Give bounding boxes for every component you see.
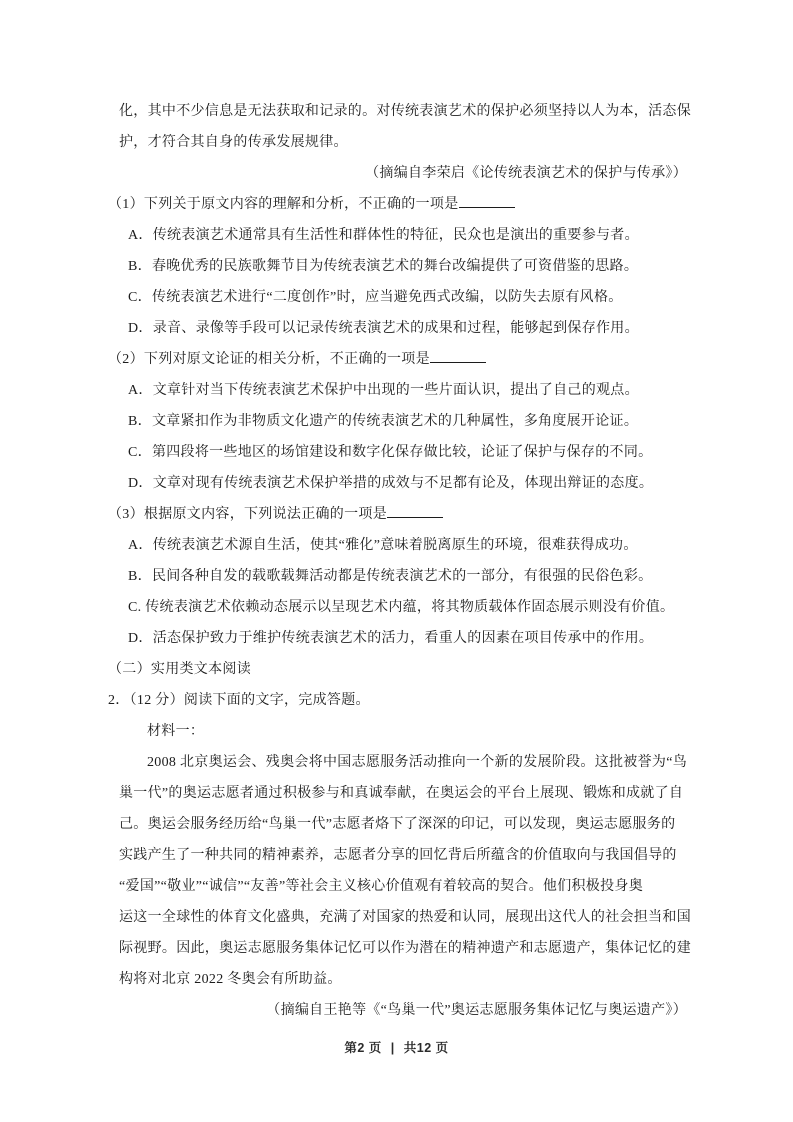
material-1-line: 己。奥运会服务经历给“鸟巢一代”志愿者烙下了深深的印记，可以发现，奥运志愿服务的 <box>119 809 687 840</box>
material-1-line: 构将对北京 2022 冬奥会有所助益。 <box>119 964 687 995</box>
line-text: （摘编自李荣启《论传统表演艺术的保护与传承》） <box>365 166 687 181</box>
question-2-option-c: C．第四段将一些地区的场馆建设和数字化保存做比较，论证了保护与保存的不同。 <box>128 437 687 468</box>
attribution-passage-2: （摘编自王艳等《“鸟巢一代”奥运志愿服务集体记忆与奥运遗产》） <box>107 995 687 1026</box>
material-1-line: 运这一全球性的体育文化盛典，充满了对国家的热爱和认同，展现出这代人的社会担当和国 <box>119 902 687 933</box>
line-text: D．录音、录像等手段可以记录传统表演艺术的成果和过程，能够起到保存作用。 <box>128 321 639 336</box>
line-text: 2008 北京奥运会、残奥会将中国志愿服务活动推向一个新的发展阶段。这批被誉为“… <box>147 755 687 770</box>
question-1-option-d: D．录音、录像等手段可以记录传统表演艺术的成果和过程，能够起到保存作用。 <box>128 313 687 344</box>
question-3-option-a: A．传统表演艺术源自生活，使其“雅化”意味着脱离原生的环境，很难获得成功。 <box>128 530 687 561</box>
material-1-line: 实践产生了一种共同的精神素养，志愿者分享的回忆背后所蕴含的价值取向与我国倡导的 <box>119 840 687 871</box>
line-text: 运这一全球性的体育文化盛典，充满了对国家的热爱和认同，展现出这代人的社会担当和国 <box>119 910 691 925</box>
line-text: 己。奥运会服务经历给“鸟巢一代”志愿者烙下了深深的印记，可以发现，奥运志愿服务的 <box>119 817 675 832</box>
question-1-option-c: C．传统表演艺术进行“二度创作”时，应当避免西式改编，以防失去原有风格。 <box>128 282 687 313</box>
line-text: B．文章紧扣作为非物质文化遗产的传统表演艺术的几种属性，多角度展开论证。 <box>128 414 638 429</box>
line-text: C．第四段将一些地区的场馆建设和数字化保存做比较，论证了保护与保存的不同。 <box>128 445 652 460</box>
line-text: 化，其中不少信息是无法获取和记录的。对传统表演艺术的保护必须坚持以人为本，活态保 <box>119 104 691 119</box>
line-text: （2）下列对原文论证的相关分析，不正确的一项是 <box>108 352 430 367</box>
passage-continuation-line: 化，其中不少信息是无法获取和记录的。对传统表演艺术的保护必须坚持以人为本，活态保 <box>119 96 687 127</box>
material-1-line: 际视野。因此，奥运志愿服务集体记忆可以作为潜在的精神遗产和志愿遗产，集体记忆的建 <box>119 933 687 964</box>
question-3-option-d: D．活态保护致力于维护传统表演艺术的活力，看重人的因素在项目传承中的作用。 <box>128 623 687 654</box>
line-text: 构将对北京 2022 冬奥会有所助益。 <box>119 972 342 987</box>
page-total: 共12 页 <box>404 1041 449 1055</box>
material-1-label: 材料一： <box>119 716 687 747</box>
answer-blank <box>459 194 515 208</box>
page-number: 第2 页 <box>344 1041 381 1055</box>
line-text: D．文章对现有传统表演艺术保护举措的成效与不足都有论及，体现出辩证的态度。 <box>128 476 653 491</box>
question-1-option-a: A．传统表演艺术通常具有生活性和群体性的特征，民众也是演出的重要参与者。 <box>128 220 687 251</box>
line-text: C. 传统表演艺术依赖动态展示以呈现艺术内蕴，将其物质载体作固态展示则没有价值。 <box>128 600 674 615</box>
question-3-option-b: B．民间各种自发的载歌载舞活动都是传统表演艺术的一部分，有很强的民俗色彩。 <box>128 561 687 592</box>
document-lines: 化，其中不少信息是无法获取和记录的。对传统表演艺术的保护必须坚持以人为本，活态保… <box>107 96 687 1026</box>
line-text: D．活态保护致力于维护传统表演艺术的活力，看重人的因素在项目传承中的作用。 <box>128 631 653 646</box>
answer-blank <box>430 349 486 363</box>
line-text: （1）下列关于原文内容的理解和分析，不正确的一项是 <box>108 197 459 212</box>
passage-continuation-line: 护，才符合其自身的传承发展规律。 <box>119 127 687 158</box>
question-2-option-a: A．文章针对当下传统表演艺术保护中出现的一些片面认识，提出了自己的观点。 <box>128 375 687 406</box>
material-1-line: “爱国”“敬业”“诚信”“友善”等社会主义核心价值观有着较高的契合。他们积极投身… <box>119 871 687 902</box>
line-text: “爱国”“敬业”“诚信”“友善”等社会主义核心价值观有着较高的契合。他们积极投身… <box>119 879 643 894</box>
line-text: （3）根据原文内容，下列说法正确的一项是 <box>108 507 387 522</box>
page-footer: 第2 页|共12 页 <box>0 1038 793 1056</box>
line-text: 2．（12 分）阅读下面的文字，完成答题。 <box>108 693 370 708</box>
line-text: C．传统表演艺术进行“二度创作”时，应当避免西式改编，以防失去原有风格。 <box>128 290 623 305</box>
line-text: 巢一代”的奥运志愿者通过积极参与和真诚奉献，在奥运会的平台上展现、锻炼和成就了自 <box>119 786 683 801</box>
question-3-stem: （3）根据原文内容，下列说法正确的一项是 <box>108 499 687 530</box>
question-3-option-c: C. 传统表演艺术依赖动态展示以呈现艺术内蕴，将其物质载体作固态展示则没有价值。 <box>128 592 687 623</box>
exam-document-page: 化，其中不少信息是无法获取和记录的。对传统表演艺术的保护必须坚持以人为本，活态保… <box>0 0 793 1122</box>
line-text: （摘编自王艳等《“鸟巢一代”奥运志愿服务集体记忆与奥运遗产》） <box>266 1003 687 1018</box>
line-text: A．传统表演艺术通常具有生活性和群体性的特征，民众也是演出的重要参与者。 <box>128 228 639 243</box>
line-text: 护，才符合其自身的传承发展规律。 <box>119 135 348 150</box>
line-text: B．春晚优秀的民族歌舞节目为传统表演艺术的舞台改编提供了可资借鉴的思路。 <box>128 259 638 274</box>
question-2-option-b: B．文章紧扣作为非物质文化遗产的传统表演艺术的几种属性，多角度展开论证。 <box>128 406 687 437</box>
line-text: （二）实用类文本阅读 <box>108 662 251 677</box>
section-heading: （二）实用类文本阅读 <box>108 654 687 685</box>
line-text: 际视野。因此，奥运志愿服务集体记忆可以作为潜在的精神遗产和志愿遗产，集体记忆的建 <box>119 941 691 956</box>
question-2-stem: （2）下列对原文论证的相关分析，不正确的一项是 <box>108 344 687 375</box>
material-1-line: 巢一代”的奥运志愿者通过积极参与和真诚奉献，在奥运会的平台上展现、锻炼和成就了自 <box>119 778 687 809</box>
attribution-passage-1: （摘编自李荣启《论传统表演艺术的保护与传承》） <box>107 158 687 189</box>
line-text: B．民间各种自发的载歌载舞活动都是传统表演艺术的一部分，有很强的民俗色彩。 <box>128 569 652 584</box>
line-text: 材料一： <box>147 724 204 739</box>
line-text: A．传统表演艺术源自生活，使其“雅化”意味着脱离原生的环境，很难获得成功。 <box>128 538 638 553</box>
question-1-stem: （1）下列关于原文内容的理解和分析，不正确的一项是 <box>108 189 687 220</box>
question-2-option-d: D．文章对现有传统表演艺术保护举措的成效与不足都有论及，体现出辩证的态度。 <box>128 468 687 499</box>
line-text: 实践产生了一种共同的精神素养，志愿者分享的回忆背后所蕴含的价值取向与我国倡导的 <box>119 848 677 863</box>
material-1-line: 2008 北京奥运会、残奥会将中国志愿服务活动推向一个新的发展阶段。这批被誉为“… <box>119 747 687 778</box>
line-text: A．文章针对当下传统表演艺术保护中出现的一些片面认识，提出了自己的观点。 <box>128 383 639 398</box>
footer-separator: | <box>391 1041 395 1055</box>
item-2-intro: 2．（12 分）阅读下面的文字，完成答题。 <box>108 685 687 716</box>
question-1-option-b: B．春晚优秀的民族歌舞节目为传统表演艺术的舞台改编提供了可资借鉴的思路。 <box>128 251 687 282</box>
answer-blank <box>387 504 443 518</box>
